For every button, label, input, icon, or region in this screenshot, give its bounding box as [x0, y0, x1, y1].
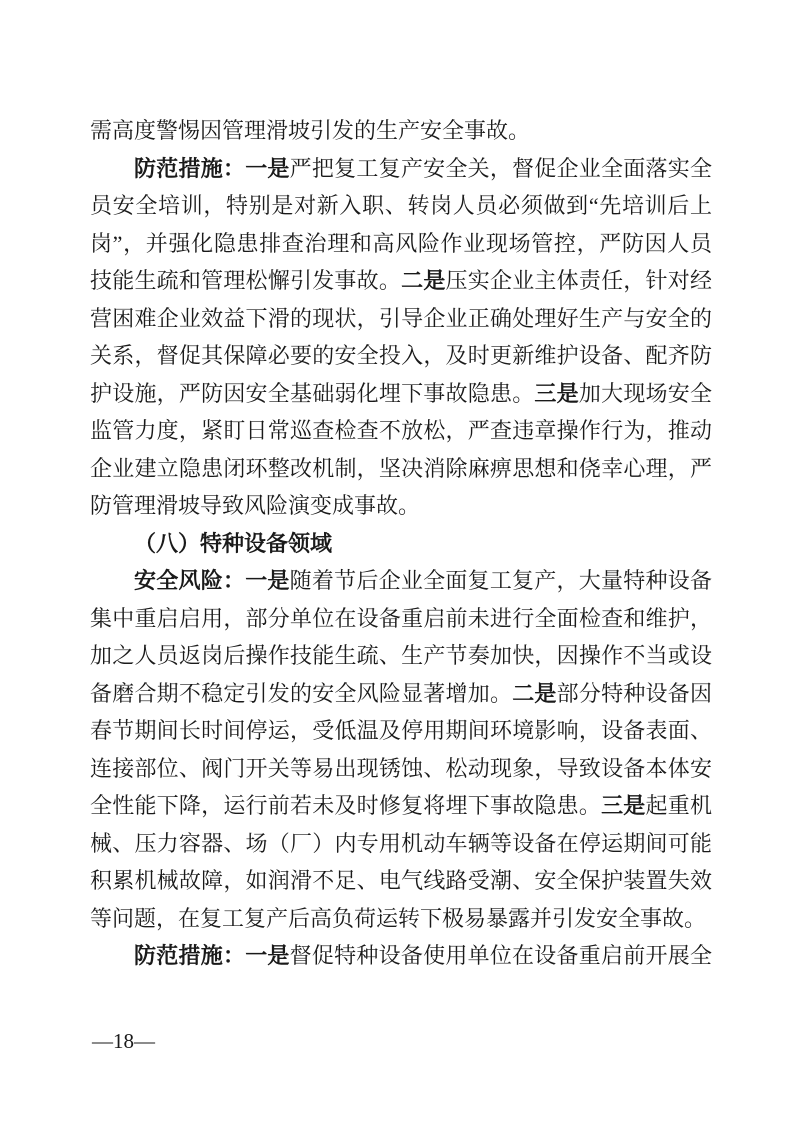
text-line: 加之人员返岗后操作技能生疏、生产节奏加快，因操作不当或设	[90, 637, 712, 675]
body-text: 企业建立隐患闭环整改机制，坚决消除麻痹思想和侥幸心理，严	[90, 456, 712, 481]
text-line: 械、压力容器、场（厂）内专用机动车辆等设备在停运期间可能	[90, 825, 712, 863]
text-line: 安全风险：一是随着节后企业全面复工复产，大量特种设备	[90, 562, 712, 600]
body-text: 关系，督促其保障必要的安全投入，及时更新维护设备、配齐防	[90, 343, 712, 368]
body-text: 集中重启启用，部分单位在设备重启前未进行全面检查和维护，	[90, 606, 712, 631]
emphasis-text: 二是	[401, 268, 445, 293]
text-line: 全性能下降，运行前若未及时修复将埋下事故隐患。三是起重机	[90, 787, 712, 825]
text-block: 需高度警惕因管理滑坡引发的生产安全事故。防范措施：一是严把复工复产安全关，督促企…	[90, 112, 712, 975]
body-text: 需高度警惕因管理滑坡引发的生产安全事故。	[90, 118, 530, 143]
body-text: 连接部位、阀门开关等易出现锈蚀、松动现象，导致设备本体安	[90, 756, 712, 781]
emphasis-text: 三是	[534, 381, 578, 406]
text-line: 防管理滑坡导致风险演变成事故。	[90, 487, 712, 525]
body-text: 械、压力容器、场（厂）内专用机动车辆等设备在停运期间可能	[90, 831, 712, 856]
body-text: 春节期间长时间停运，受低温及停用期间环境影响，设备表面、	[90, 718, 712, 743]
text-line: 春节期间长时间停运，受低温及停用期间环境影响，设备表面、	[90, 712, 712, 750]
text-line: 防范措施：一是督促特种设备使用单位在设备重启前开展全	[90, 937, 712, 975]
text-line: 岗”，并强化隐患排查治理和高风险作业现场管控，严防因人员	[90, 225, 712, 263]
body-text: 员安全培训，特别是对新入职、转岗人员必须做到“先培训后上	[90, 193, 712, 218]
text-line: 集中重启启用，部分单位在设备重启前未进行全面检查和维护，	[90, 600, 712, 638]
emphasis-text: 防范措施：一是	[134, 156, 290, 181]
body-text: 积累机械故障，如润滑不足、电气线路受潮、安全保护装置失效	[90, 868, 712, 893]
body-text: 岗”，并强化隐患排查治理和高风险作业现场管控，严防因人员	[90, 231, 712, 256]
body-text: 加之人员返岗后操作技能生疏、生产节奏加快，因操作不当或设	[90, 643, 712, 668]
body-text: 随着节后企业全面复工复产，大量特种设备	[290, 568, 712, 593]
text-line: 关系，督促其保障必要的安全投入，及时更新维护设备、配齐防	[90, 337, 712, 375]
text-line: 连接部位、阀门开关等易出现锈蚀、松动现象，导致设备本体安	[90, 750, 712, 788]
body-text: 护设施，严防因安全基础弱化埋下事故隐患。	[90, 381, 534, 406]
text-line: 备磨合期不稳定引发的安全风险显著增加。二是部分特种设备因	[90, 675, 712, 713]
body-text: 压实企业主体责任，针对经	[446, 268, 712, 293]
emphasis-text: 二是	[512, 681, 556, 706]
emphasis-text: （八）特种设备领域	[134, 531, 332, 556]
body-text: 技能生疏和管理松懈引发事故。	[90, 268, 401, 293]
body-text: 起重机	[646, 793, 712, 818]
text-line: 防范措施：一是严把复工复产安全关，督促企业全面落实全	[90, 150, 712, 188]
text-line: 技能生疏和管理松懈引发事故。二是压实企业主体责任，针对经	[90, 262, 712, 300]
body-text: 严把复工复产安全关，督促企业全面落实全	[290, 156, 712, 181]
emphasis-text: 防范措施：一是	[134, 943, 290, 968]
document-page: 需高度警惕因管理滑坡引发的生产安全事故。防范措施：一是严把复工复产安全关，督促企…	[0, 0, 793, 1122]
section-heading: （八）特种设备领域	[90, 525, 712, 563]
body-text: 部分特种设备因	[557, 681, 712, 706]
text-line: 等问题，在复工复产后高负荷运转下极易暴露并引发安全事故。	[90, 900, 712, 938]
text-line: 监管力度，紧盯日常巡查检查不放松，严查违章操作行为，推动	[90, 412, 712, 450]
body-text: 防管理滑坡导致风险演变成事故。	[90, 493, 420, 518]
text-line: 需高度警惕因管理滑坡引发的生产安全事故。	[90, 112, 712, 150]
body-text: 监管力度，紧盯日常巡查检查不放松，严查违章操作行为，推动	[90, 418, 712, 443]
body-text: 备磨合期不稳定引发的安全风险显著增加。	[90, 681, 512, 706]
body-text: 全性能下降，运行前若未及时修复将埋下事故隐患。	[90, 793, 601, 818]
emphasis-text: 安全风险：一是	[134, 568, 290, 593]
body-text: 营困难企业效益下滑的现状，引导企业正确处理好生产与安全的	[90, 306, 712, 331]
body-text: 督促特种设备使用单位在设备重启前开展全	[290, 943, 712, 968]
text-line: 积累机械故障，如润滑不足、电气线路受潮、安全保护装置失效	[90, 862, 712, 900]
text-line: 企业建立隐患闭环整改机制，坚决消除麻痹思想和侥幸心理，严	[90, 450, 712, 488]
body-text: 等问题，在复工复产后高负荷运转下极易暴露并引发安全事故。	[90, 906, 706, 931]
body-text: 加大现场安全	[579, 381, 712, 406]
text-line: 员安全培训，特别是对新入职、转岗人员必须做到“先培训后上	[90, 187, 712, 225]
text-line: 护设施，严防因安全基础弱化埋下事故隐患。三是加大现场安全	[90, 375, 712, 413]
text-line: 营困难企业效益下滑的现状，引导企业正确处理好生产与安全的	[90, 300, 712, 338]
emphasis-text: 三是	[601, 793, 645, 818]
page-number: —18—	[92, 1028, 155, 1054]
